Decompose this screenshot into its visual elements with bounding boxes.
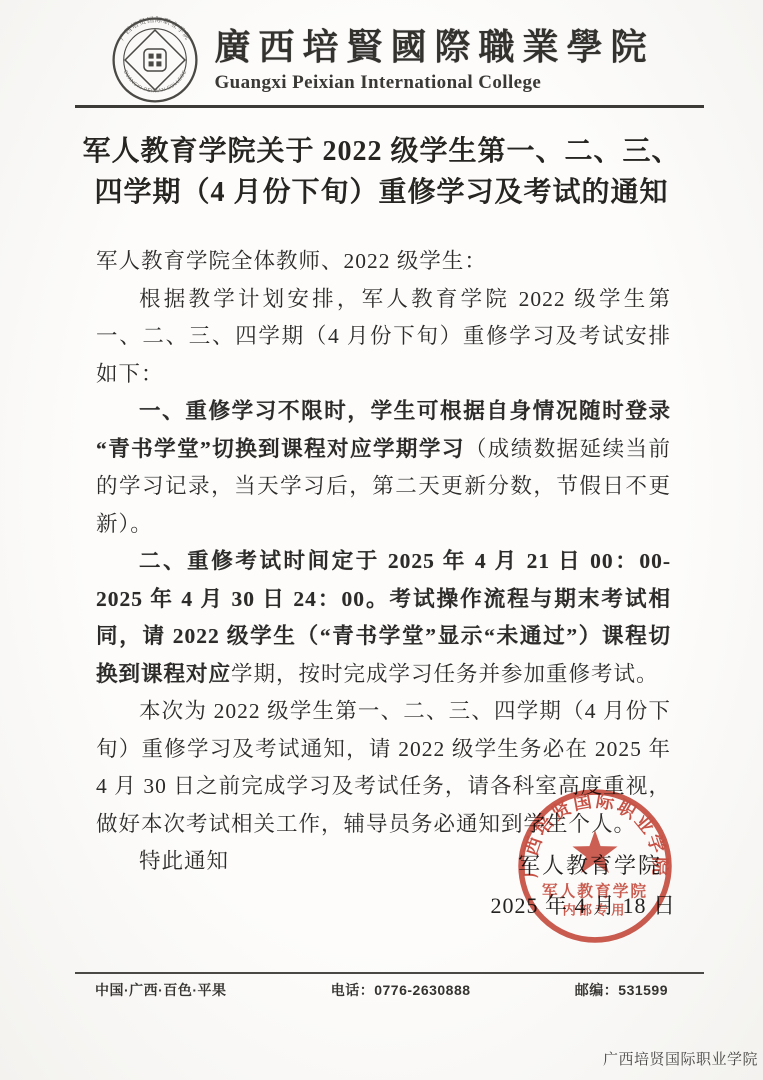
notice-paragraph: 根据教学计划安排，军人教育学院 2022 级学生第一、二、三、四学期（4 月份下… bbox=[96, 281, 671, 394]
paragraph-segment: 军人教育学院全体教师、2022 级学生： bbox=[96, 249, 487, 273]
document-header: 广西培贤国际职业学院 GUANGXI PEIXIAN COLLEGE 廣西培賢國… bbox=[0, 14, 763, 106]
college-name-zh: 廣西培賢國際職業學院 bbox=[214, 26, 654, 69]
college-name-en: Guangxi Peixian International College bbox=[214, 72, 541, 94]
signature-date: 2025 年 4 月 18 日 bbox=[490, 889, 676, 920]
notice-paragraph: 二、重修考试时间定于 2025 年 4 月 21 日 00：00-2025 年 … bbox=[96, 543, 671, 693]
college-seal-icon: 广西培贤国际职业学院 GUANGXI PEIXIAN COLLEGE bbox=[108, 14, 202, 106]
paragraph-segment: 本次为 2022 级学生第一、二、三、四学期（4 月份下旬）重修学习及考试通知，… bbox=[96, 699, 671, 836]
footer-divider bbox=[75, 972, 704, 974]
header-divider bbox=[75, 105, 704, 108]
paragraph-segment: 根据教学计划安排，军人教育学院 2022 级学生第一、二、三、四学期（4 月份下… bbox=[96, 287, 671, 386]
signature-department: 军人教育学院 bbox=[518, 849, 662, 880]
footer-info-bar: 中国·广西·百色·平果 电话：0776-2630888 邮编：531599 bbox=[95, 980, 668, 1000]
footer-address: 中国·广西·百色·平果 bbox=[95, 980, 227, 1000]
notice-paragraph: 军人教育学院全体教师、2022 级学生： bbox=[96, 243, 671, 281]
notice-document-page: 广西培贤国际职业学院 GUANGXI PEIXIAN COLLEGE 廣西培賢國… bbox=[0, 0, 763, 1080]
notice-paragraph: 一、重修学习不限时，学生可根据自身情况随时登录 “青书学堂”切换到课程对应学期学… bbox=[96, 393, 671, 543]
footer-phone: 电话：0776-2630888 bbox=[331, 980, 471, 1000]
notice-title-line1: 军人教育学院关于 2022 级学生第一、二、三、 bbox=[60, 131, 703, 172]
page-watermark: 广西培贤国际职业学院 bbox=[603, 1048, 758, 1069]
college-name-block: 廣西培賢國際職業學院 Guangxi Peixian International… bbox=[214, 26, 654, 93]
notice-title: 军人教育学院关于 2022 级学生第一、二、三、 四学期（4 月份下旬）重修学习… bbox=[60, 131, 703, 213]
paragraph-segment: 学期，按时完成学习任务并参加重修考试。 bbox=[231, 662, 659, 686]
svg-text:GUANGXI PEIXIAN COLLEGE: GUANGXI PEIXIAN COLLEGE bbox=[122, 69, 189, 94]
paragraph-segment: 特此通知 bbox=[139, 849, 229, 873]
notice-paragraph: 本次为 2022 级学生第一、二、三、四学期（4 月份下旬）重修学习及考试通知，… bbox=[96, 693, 671, 843]
footer-postcode: 邮编：531599 bbox=[575, 980, 668, 1000]
notice-title-line2: 四学期（4 月份下旬）重修学习及考试的通知 bbox=[60, 172, 703, 213]
notice-body: 军人教育学院全体教师、2022 级学生：根据教学计划安排，军人教育学院 2022… bbox=[96, 243, 671, 881]
